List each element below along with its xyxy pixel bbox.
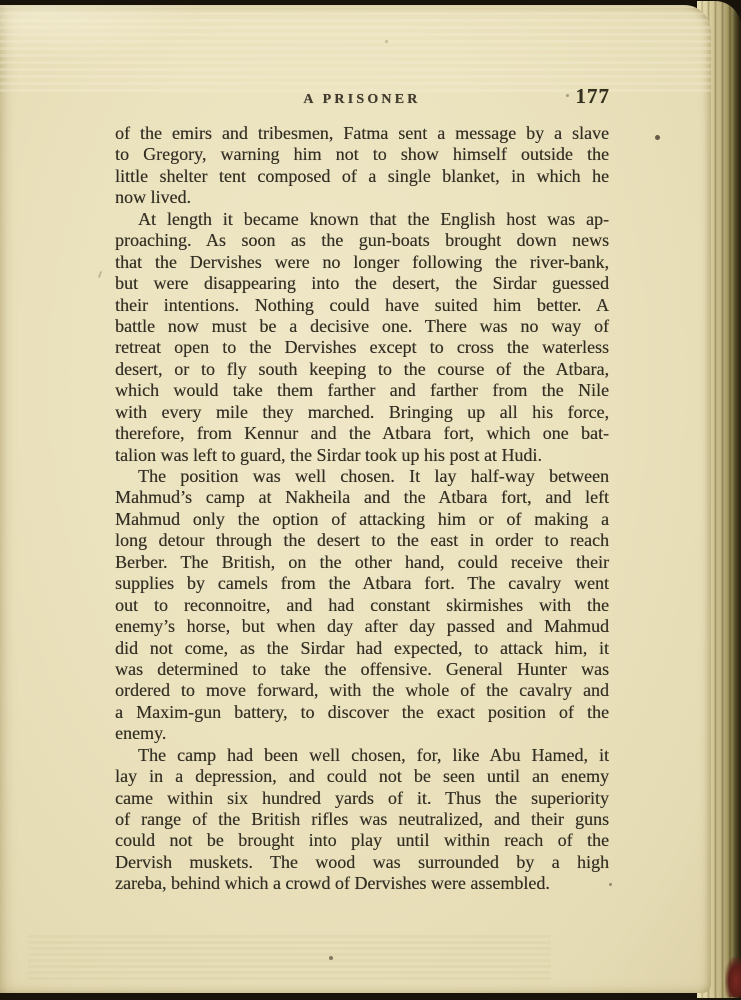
text-line: Mahmud’s camp at Nakheila and the Atbara… [115,487,609,508]
text-line: battle now must be a decisive one. There… [115,316,609,337]
text-line: The position was well chosen. It lay hal… [115,466,609,487]
scan-streaks [28,935,551,981]
text-line: At length it became known that the Engli… [115,209,609,230]
text-line: did not come, as the Sirdar had expected… [115,638,609,659]
ink-speck [385,40,388,43]
scanned-book-photo: { "colors": { "paper": "#eae1bc", "ink":… [0,0,741,1000]
text-line: of the emirs and tribesmen, Fatma sent a… [115,123,609,144]
page-number: 177 [576,84,611,109]
text-line: a Maxim-gun battery, to discover the exa… [115,702,609,723]
paragraph: At length it became known that the Engli… [115,209,609,466]
text-line: Berber. The British, on the other hand, … [115,552,609,573]
text-line: supplies by camels from the Atbara fort.… [115,573,609,594]
text-line: which would take them farther and farthe… [115,380,609,401]
text-line: Dervish muskets. The wood was surrounded… [115,852,609,873]
ink-speck [566,94,569,97]
text-line: talion was left to guard, the Sirdar too… [115,445,609,466]
text-line: lay in a depression, and could not be se… [115,766,609,787]
text-line: with every mile they marched. Bringing u… [115,402,609,423]
paragraph: The camp had been well chosen, for, like… [115,745,609,895]
text-line: of range of the British rifles was neutr… [115,809,609,830]
text-line: retreat open to the Dervishes except to … [115,337,609,358]
ink-speck [609,883,612,886]
text-line: their intentions. Nothing could have sui… [115,295,609,316]
paragraph: of the emirs and tribesmen, Fatma sent a… [115,123,609,209]
text-line: came within six hundred yards of it. Thu… [115,788,609,809]
text-line: out to reconnoitre, and had constant ski… [115,595,609,616]
paragraph: The position was well chosen. It lay hal… [115,466,609,745]
text-line: The camp had been well chosen, for, like… [115,745,609,766]
ink-speck [329,956,333,960]
ink-speck [655,135,660,140]
text-line: could not be brought into play until wit… [115,830,609,851]
text-line: to Gregory, warning him not to show hims… [115,144,609,165]
text-line: therefore, from Kennur and the Atbara fo… [115,423,609,444]
running-header: A PRISONER [303,92,420,108]
text-line: desert, or to fly south keeping to the c… [115,359,609,380]
text-line: Mahmud only the option of attacking him … [115,509,609,530]
text-line: enemy. [115,723,609,744]
text-line: long detour through the desert to the ea… [115,530,609,551]
text-line: enemy’s horse, but when day after day pa… [115,616,609,637]
text-line: proaching. As soon as the gun-boats brou… [115,230,609,251]
text-line: was determined to take the offensive. Ge… [115,659,609,680]
page-header: A PRISONER 177 [115,87,609,111]
text-line: little shelter tent composed of a single… [115,166,609,187]
text-line: zareba, behind which a crowd of Dervishe… [115,873,609,894]
book-page: A PRISONER 177 of the emirs and tribesme… [0,5,711,993]
text-line: but were disappearing into the desert, t… [115,273,609,294]
text-line: now lived. [115,187,609,208]
book-cover-glimpse [725,957,741,997]
text-line: ordered to move forward, with the whole … [115,680,609,701]
text-line: that the Dervishes were no longer follow… [115,252,609,273]
body-text: of the emirs and tribesmen, Fatma sent a… [115,123,609,895]
ink-speck [98,271,102,278]
